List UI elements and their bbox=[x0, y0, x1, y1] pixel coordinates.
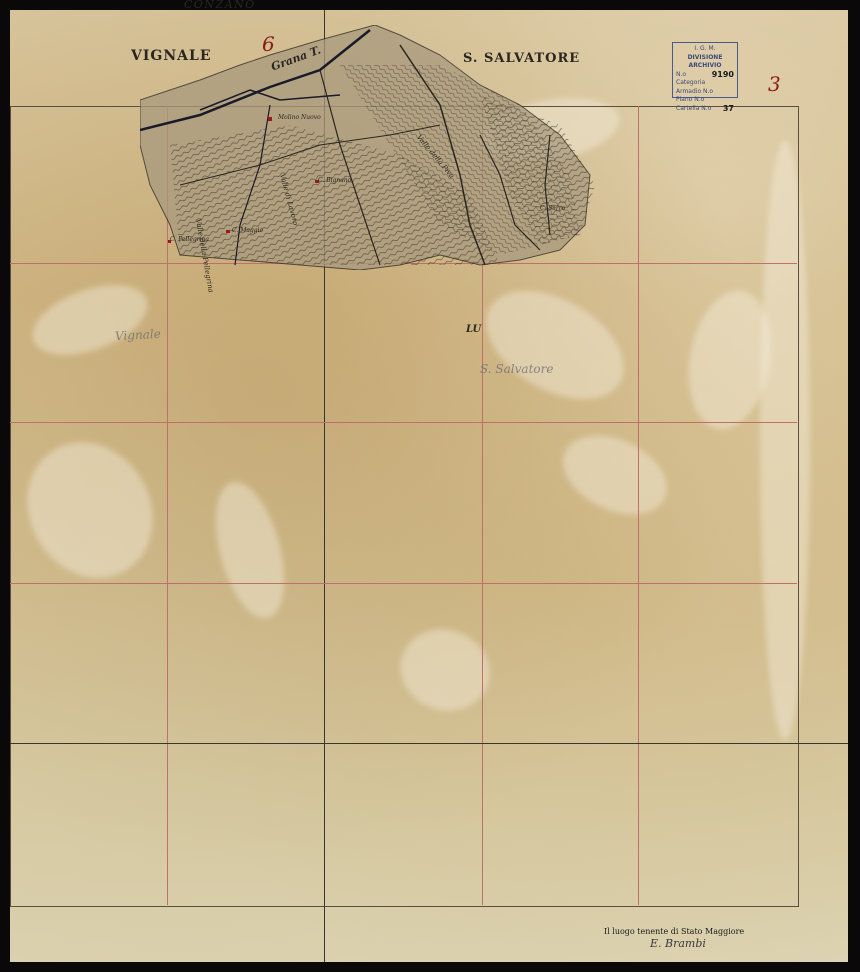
grid-line bbox=[10, 583, 797, 584]
map-label: C. Bignano bbox=[318, 177, 351, 184]
stamp-title: DIVISIONE ARCHIVIO bbox=[676, 54, 734, 71]
stamp-cartella-label: Cartella N.o bbox=[676, 105, 711, 114]
map-label: C. Maggio bbox=[232, 227, 263, 234]
signature-title: Il luogo tenente di Stato Maggiore bbox=[604, 927, 744, 936]
stamp-piano-label: Piano N.o bbox=[676, 96, 704, 105]
place-label-vignale: VIGNALE bbox=[131, 48, 212, 64]
pencil-note-vignale: Vignale bbox=[115, 327, 161, 343]
sheet-number: 3 bbox=[768, 72, 781, 96]
pencil-note-san-salvatore: S. Salvatore bbox=[480, 362, 553, 376]
place-label-san-salvatore: S. SALVATORE bbox=[463, 51, 580, 66]
stamp-categoria-value: 9190 bbox=[712, 71, 734, 88]
map-label: C. Serra bbox=[540, 205, 565, 212]
map-label: Molino Nuovo bbox=[278, 114, 321, 121]
grid-line-main bbox=[10, 743, 848, 744]
section-number: 6 bbox=[262, 32, 275, 56]
place-label-lu: LU bbox=[466, 324, 481, 335]
signature: E. Brambi bbox=[650, 937, 706, 950]
stamp-header: I. G. M. bbox=[676, 45, 734, 54]
grid-line bbox=[10, 422, 797, 423]
stamp-armadio-label: Armadio N.o bbox=[676, 88, 713, 97]
place-label-conzano: CONZANO bbox=[184, 0, 256, 11]
stamp-cartella-value: 37 bbox=[723, 105, 734, 114]
archive-stamp: I. G. M. DIVISIONE ARCHIVIO N.o Categori… bbox=[672, 42, 738, 98]
stamp-categoria-label: N.o Categoria bbox=[676, 71, 712, 88]
grid-line bbox=[638, 106, 639, 905]
